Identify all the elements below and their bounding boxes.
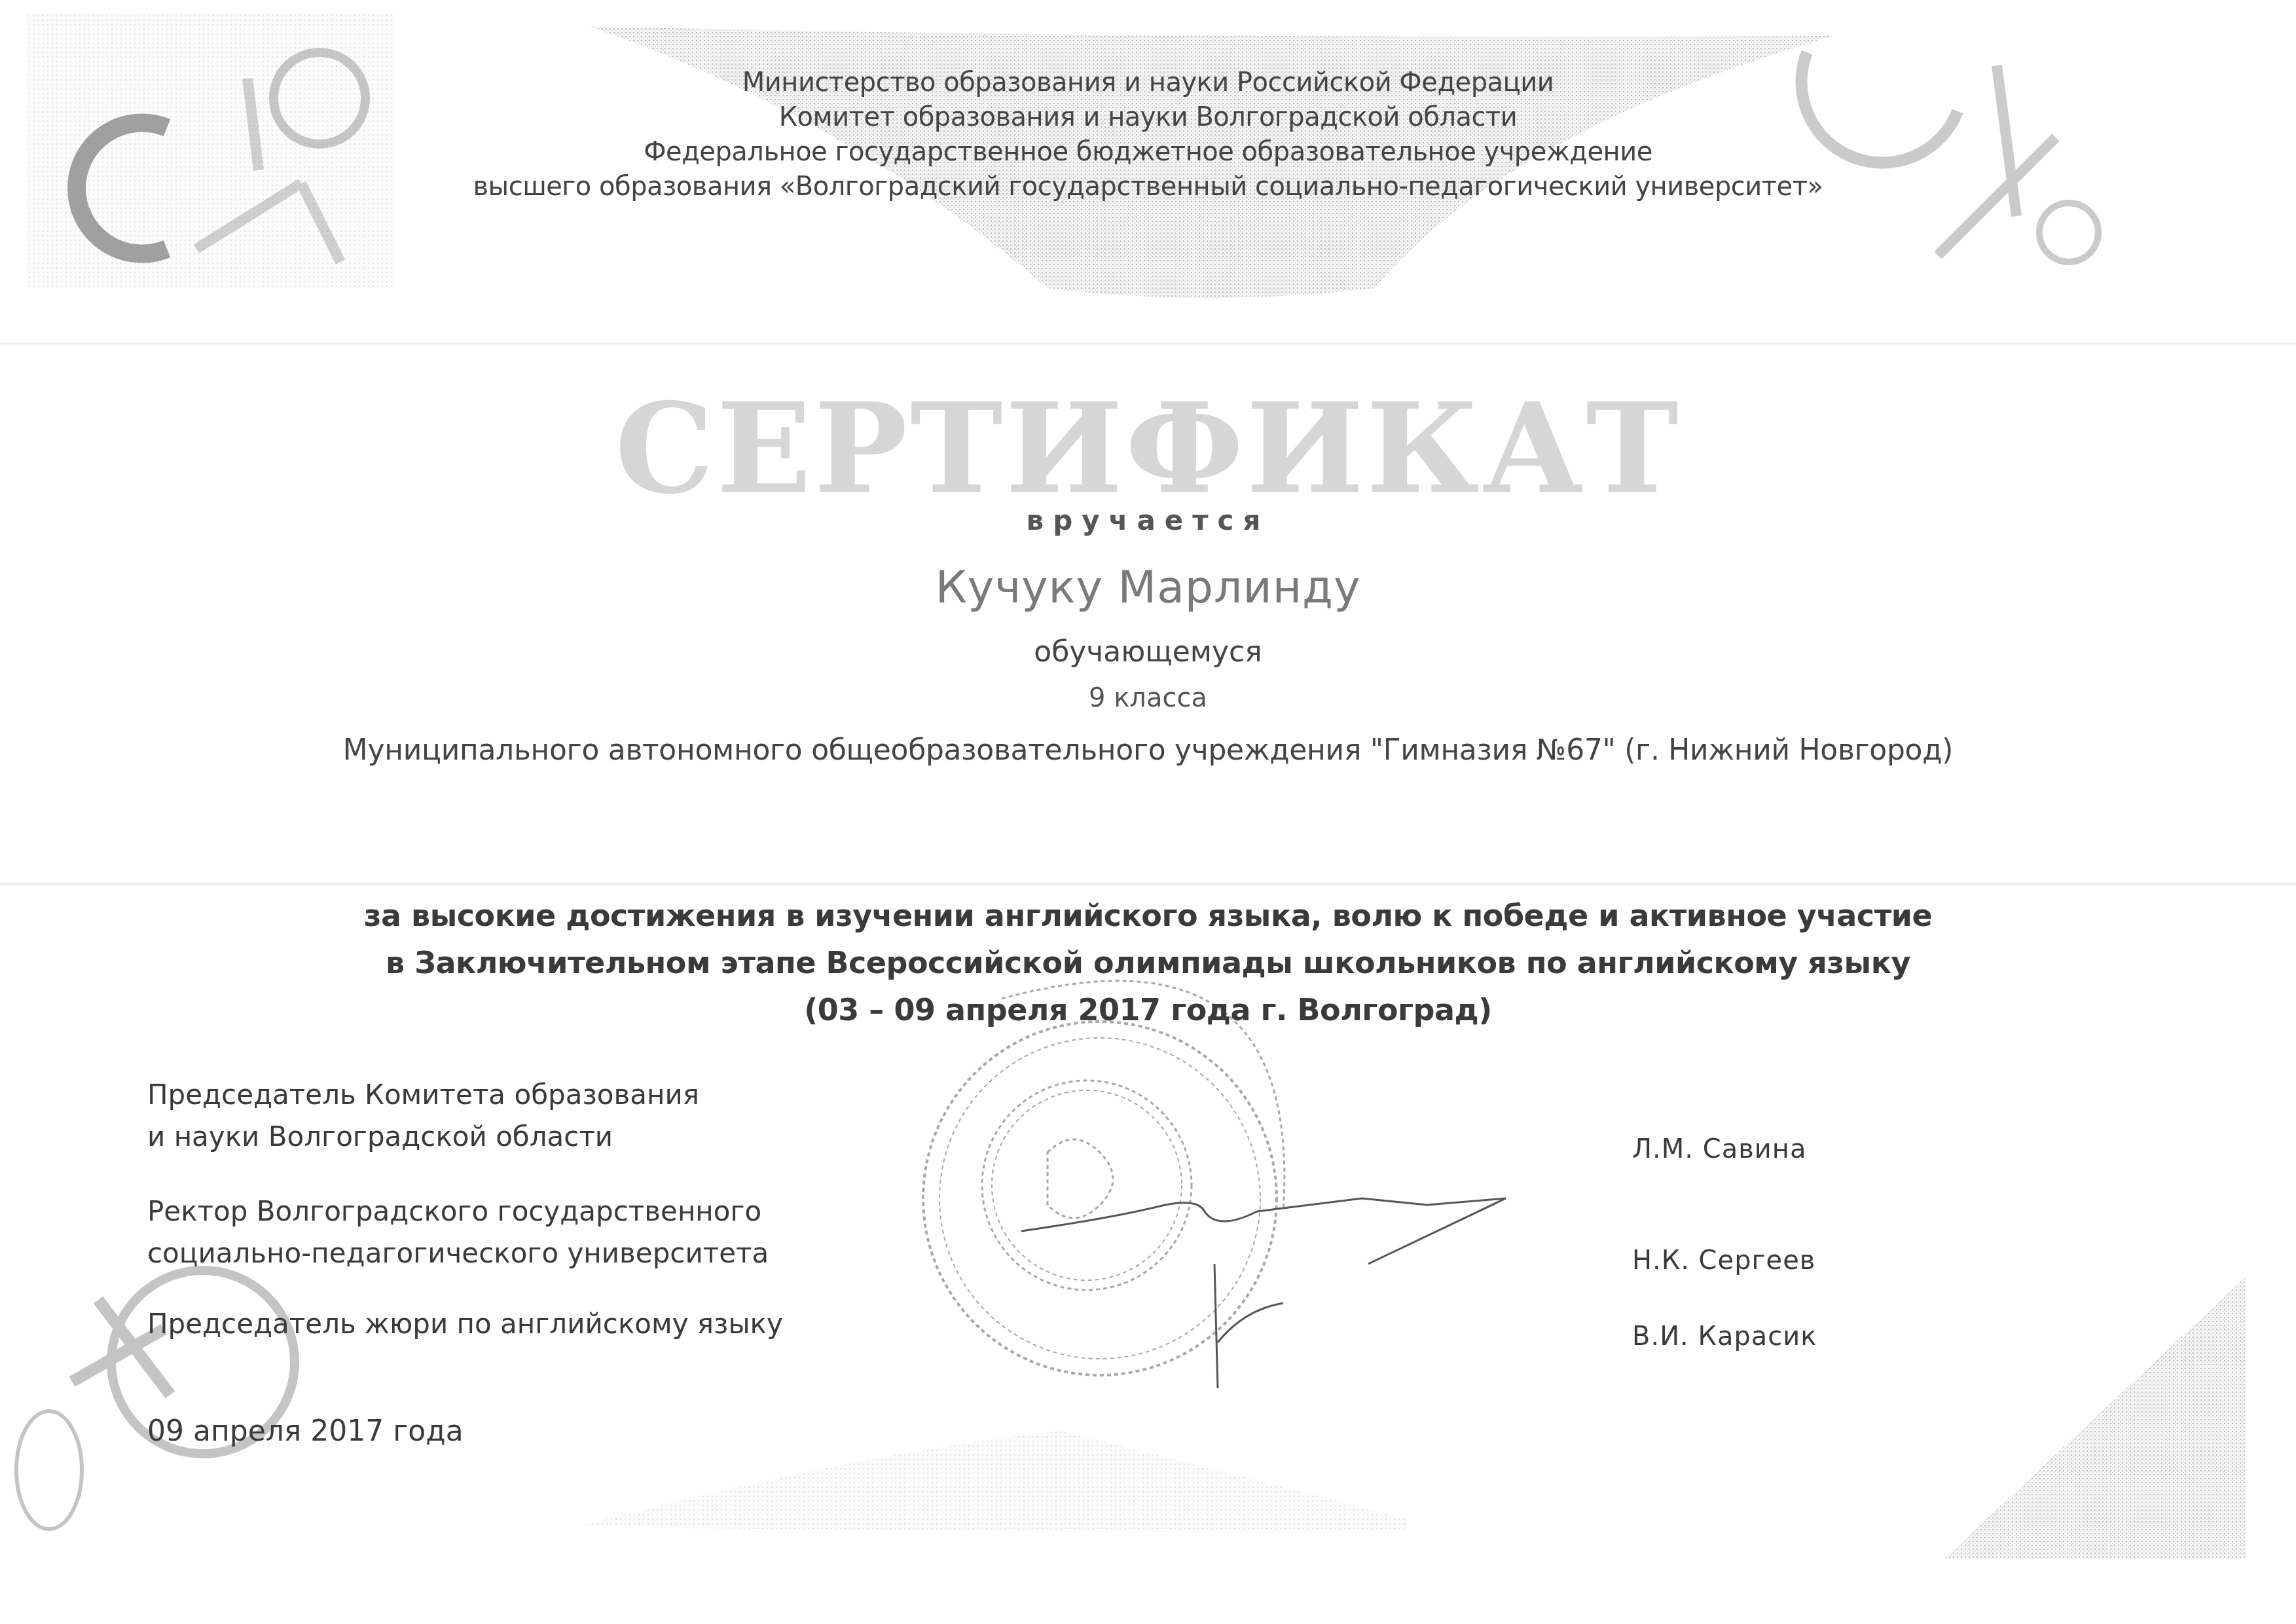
decorative-background	[0, 0, 2296, 1624]
signatory-title-line: и науки Волгоградской области	[147, 1116, 699, 1158]
signatory-title: Председатель Комитета образования и наук…	[147, 1074, 699, 1158]
signatory-title-line: социально-педагогического университета	[147, 1232, 769, 1274]
signatory-name: Н.К. Сергеев	[1632, 1246, 1815, 1276]
handwritten-signature	[1021, 1198, 1506, 1388]
signatory-title-line: Председатель Комитета образования	[147, 1074, 699, 1116]
recipient-name: Кучуку Марлинду	[0, 562, 2296, 614]
footer-banner-shape	[583, 1431, 1408, 1532]
reason-line: в Заключительном этапе Всероссийской оли…	[0, 939, 2296, 986]
signatory-title: Председатель жюри по английскому языку	[147, 1303, 783, 1345]
bottom-right-triangle	[1944, 1277, 2246, 1559]
certificate-title: СЕРТИФИКАТ	[0, 383, 2296, 514]
header-line: Федеральное государственное бюджетное об…	[0, 135, 2296, 170]
award-reason: за высокие достижения в изучении английс…	[0, 892, 2296, 1033]
issuing-organizations: Министерство образования и науки Российс…	[0, 65, 2296, 204]
school-name: Муниципального автономного общеобразоват…	[0, 733, 2296, 767]
header-line: высшего образования «Волгоградский госуд…	[0, 170, 2296, 204]
signatory-name: Л.М. Савина	[1632, 1134, 1806, 1164]
signatory-title: Ректор Волгоградского государственного с…	[147, 1190, 769, 1274]
signatory-title-line: Ректор Волгоградского государственного	[147, 1190, 769, 1232]
header-line: Министерство образования и науки Российс…	[0, 65, 2296, 100]
reason-line: за высокие достижения в изучении английс…	[0, 892, 2296, 939]
student-role: обучающемуся	[0, 635, 2296, 669]
grade: 9 класса	[0, 683, 2296, 713]
reason-line: (03 – 09 апреля 2017 года г. Волгоград)	[0, 986, 2296, 1033]
awarded-label: вручается	[0, 504, 2296, 536]
signatory-title-line: Председатель жюри по английскому языку	[147, 1303, 783, 1345]
signatory-name: В.И. Карасик	[1632, 1321, 1817, 1352]
official-seal-stamp	[923, 981, 1285, 1375]
header-line: Комитет образования и науки Волгоградско…	[0, 100, 2296, 135]
issue-date: 09 апреля 2017 года	[147, 1414, 464, 1448]
